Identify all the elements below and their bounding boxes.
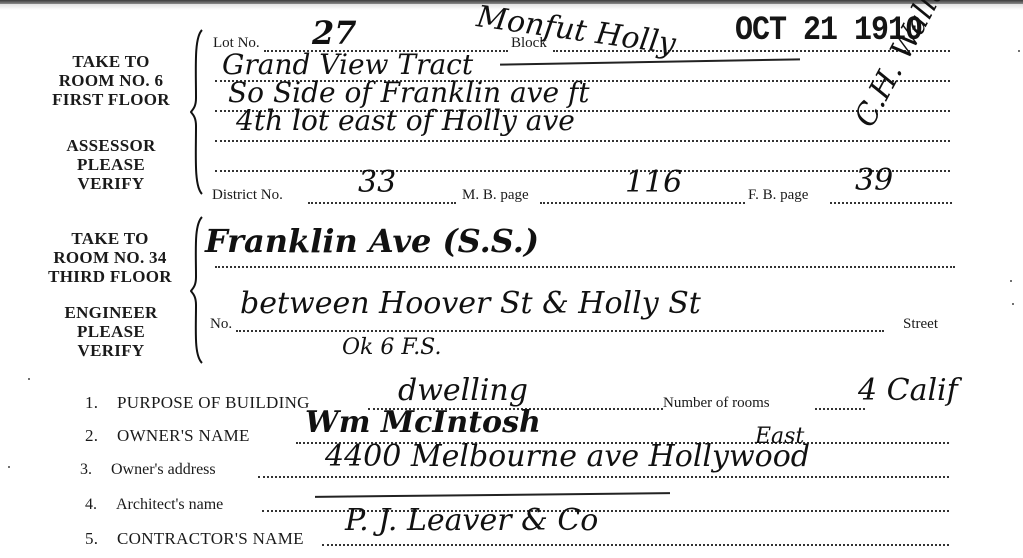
owner-address-line	[258, 476, 949, 478]
tract-line-1[interactable]: Grand View Tract	[222, 52, 473, 78]
street-no-value[interactable]: between Hoover St & Holly St	[240, 291, 701, 317]
field-5-number: 5.	[85, 529, 98, 549]
mb-page-value[interactable]: 116	[625, 170, 682, 196]
tract-line-4-rule	[215, 170, 950, 172]
assessor-routing-block: TAKE TO ROOM NO. 6 FIRST FLOOR	[36, 52, 186, 109]
field-1-number: 1.	[85, 393, 98, 413]
assessor-room: ROOM NO. 6	[36, 71, 186, 90]
district-value[interactable]: 33	[358, 170, 396, 196]
scan-speck	[1010, 280, 1012, 282]
field-4-number: 4.	[85, 496, 97, 514]
engineer-routing-block: TAKE TO ROOM NO. 34 THIRD FLOOR	[30, 229, 190, 286]
street-no-rule	[236, 330, 884, 332]
engineer-take-to: TAKE TO	[30, 229, 190, 248]
mb-page-line	[540, 202, 745, 204]
fb-page-line	[830, 202, 952, 204]
scan-speck	[8, 466, 10, 468]
contractor-name-label: CONTRACTOR'S NAME	[117, 529, 304, 549]
street-name-rule	[215, 266, 955, 268]
rooms-value[interactable]: 4 Calif	[858, 378, 958, 404]
field-3-number: 3.	[80, 461, 92, 479]
engineer-verify-block: ENGINEER PLEASE VERIFY	[36, 303, 186, 360]
owner-address-label: Owner's address	[111, 461, 216, 479]
district-line	[308, 202, 456, 204]
engineer-brace-icon	[190, 215, 204, 365]
engineer-verify-line2: PLEASE	[36, 322, 186, 341]
contractor-name-value[interactable]: P. J. Leaver & Co	[345, 508, 598, 534]
engineer-note: Ok 6 F.S.	[342, 335, 441, 361]
assessor-verify-line3: VERIFY	[36, 174, 186, 193]
tract-line-3-rule	[215, 140, 950, 142]
assessor-floor: FIRST FLOOR	[36, 90, 186, 109]
scan-speck	[1012, 303, 1014, 305]
architect-name-label: Architect's name	[116, 496, 223, 514]
engineer-room: ROOM NO. 34	[30, 248, 190, 267]
owner-name-label: OWNER'S NAME	[117, 426, 250, 446]
field-2-number: 2.	[85, 426, 98, 446]
rooms-label: Number of rooms	[663, 395, 770, 412]
assessor-brace-icon	[190, 28, 204, 196]
lot-value[interactable]: 27	[312, 20, 357, 46]
tract-line-2[interactable]: So Side of Franklin ave ft	[228, 80, 590, 106]
assessor-take-to: TAKE TO	[36, 52, 186, 71]
architect-strike-line	[315, 492, 670, 498]
engineer-verify-line1: ENGINEER	[36, 303, 186, 322]
assessor-verify-line2: PLEASE	[36, 155, 186, 174]
scan-speck	[28, 378, 30, 380]
assessor-verify-block: ASSESSOR PLEASE VERIFY	[36, 136, 186, 193]
engineer-verify-line3: VERIFY	[36, 341, 186, 360]
owner-name-value[interactable]: Wm McIntosh	[305, 410, 541, 436]
street-no-label: No.	[210, 316, 232, 333]
mb-page-label: M. B. page	[462, 187, 529, 204]
tract-line-3[interactable]: 4th lot east of Holly ave	[236, 108, 575, 134]
contractor-name-line	[322, 544, 949, 546]
purpose-label: PURPOSE OF BUILDING	[117, 393, 310, 413]
tract-strike-line	[500, 58, 800, 65]
assessor-verify-line1: ASSESSOR	[36, 136, 186, 155]
scan-speck	[1018, 50, 1020, 52]
street-label: Street	[903, 316, 938, 333]
district-label: District No.	[212, 187, 283, 204]
rooms-line	[815, 408, 865, 410]
fb-page-label: F. B. page	[748, 187, 808, 204]
purpose-value[interactable]: dwelling	[398, 378, 528, 404]
fb-page-value[interactable]: 39	[855, 168, 893, 194]
street-name-value[interactable]: Franklin Ave (S.S.)	[205, 228, 539, 254]
owner-address-value[interactable]: 4400 Melbourne ave Hollywood	[325, 444, 810, 470]
engineer-floor: THIRD FLOOR	[30, 267, 190, 286]
